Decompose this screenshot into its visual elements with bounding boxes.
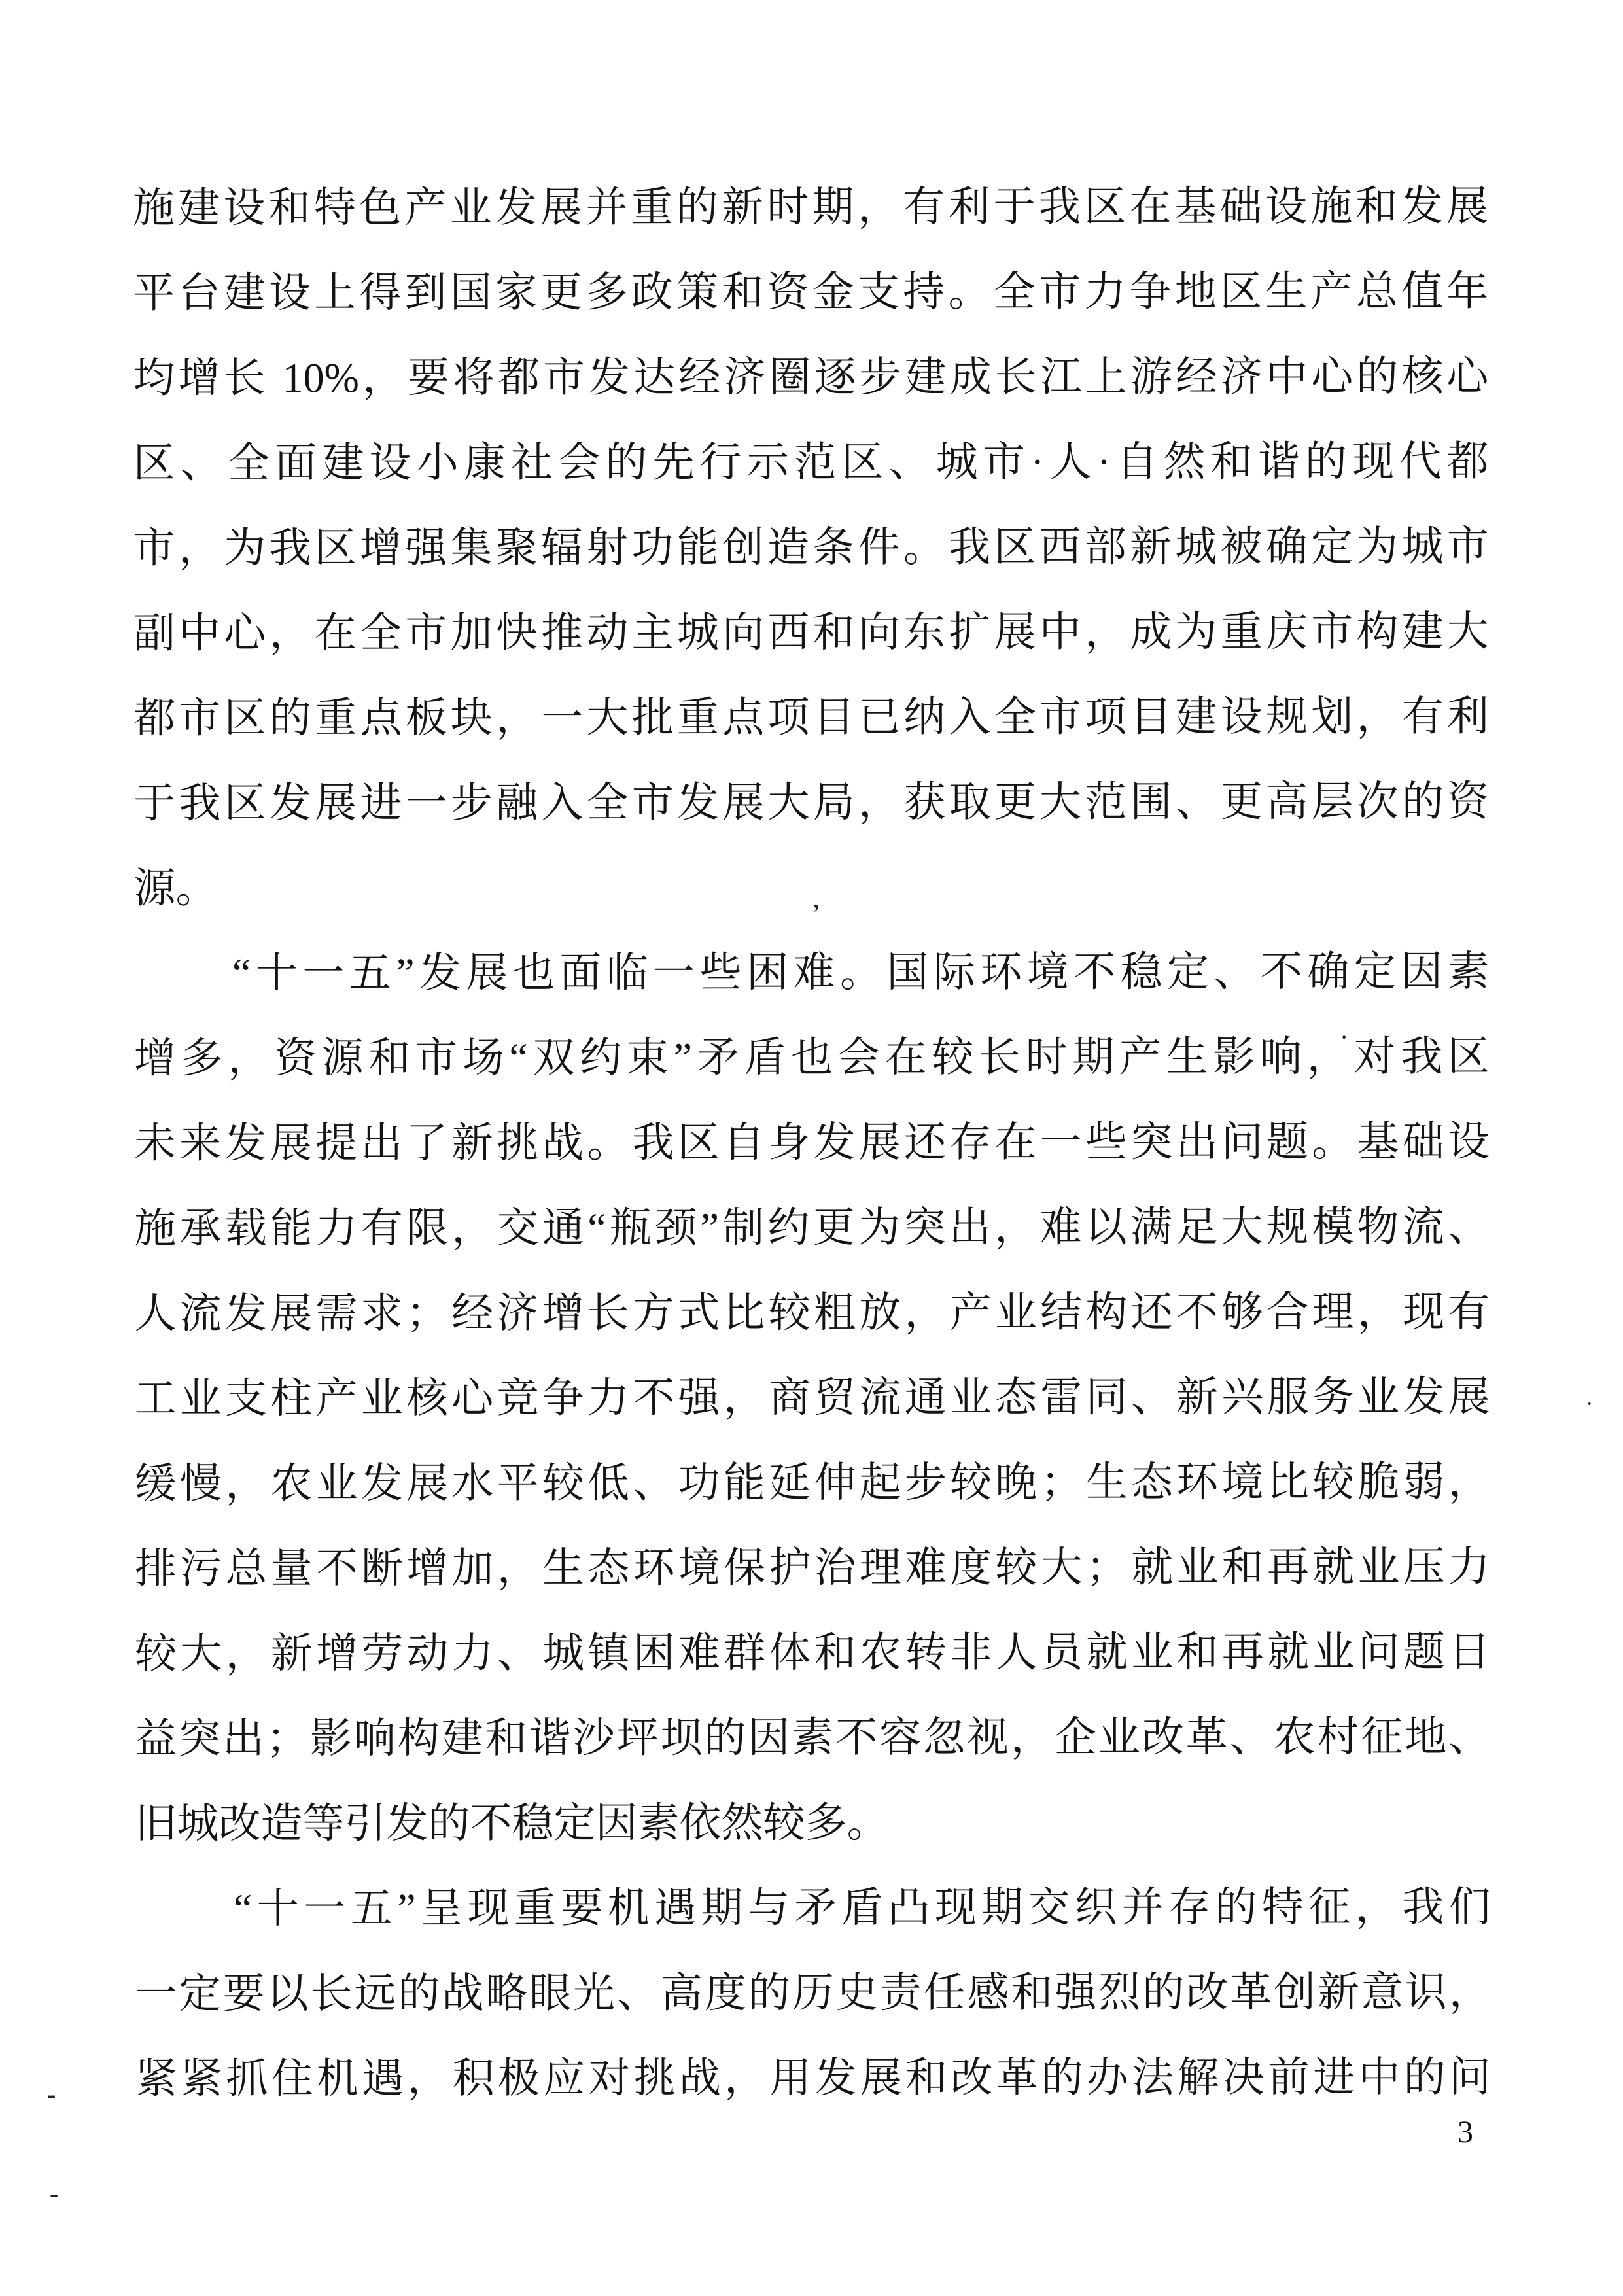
text-line-paragraph-start: “十一五”发展也面临一些困难。国际环境不稳定、不确定因素 <box>134 930 1490 1017</box>
text-line: 益突出；影响构建和谐沙坪坝的因素不容忽视，企业改革、农村征地、 <box>135 1695 1490 1782</box>
text-line: 较大，新增劳动力、城镇困难群体和农转非人员就业和再就业问题日 <box>135 1610 1490 1697</box>
text-line: 于我区发展进一步融入全市发展大局，获取更大范围、更高层次的资 <box>133 759 1489 846</box>
text-line: 施承载能力有限，交通“瓶颈”制约更为突出，难以满足大规模物流、 <box>134 1185 1490 1272</box>
page-number: 3 <box>1457 2114 1473 2150</box>
text-line: 平台建设上得到国家更多政策和资金支持。全市力争地区生产总值年 <box>133 249 1488 336</box>
text-line: 未来发展提出了新挑战。我区自身发展还存在一些突出问题。基础设 <box>134 1100 1490 1187</box>
text-line: 一定要以长远的战略眼光、高度的历史责任感和强烈的改革创新意识， <box>135 1950 1491 2037</box>
text-line: 紧紧抓住机遇，积极应对挑战，用发展和改革的办法解决前进中的问 <box>135 2035 1491 2122</box>
scan-artifact: ’ <box>811 897 821 931</box>
text-line: 工业支柱产业核心竞争力不强，商贸流通业态雷同、新兴服务业发展 <box>134 1355 1490 1442</box>
scan-artifact: - <box>47 2079 56 2110</box>
text-line: 施建设和特色产业发展并重的新时期，有利于我区在基础设施和发展 <box>133 164 1488 251</box>
text-line: 排污总量不断增加，生态环境保护治理难度较大；就业和再就业压力 <box>135 1525 1490 1612</box>
text-line: 缓慢，农业发展水平较低、功能延伸起步较晚；生态环境比较脆弱， <box>135 1440 1490 1527</box>
text-line: 都市区的重点板块，一大批重点项目已纳入全市项目建设规划，有利 <box>133 674 1489 761</box>
text-line: 市，为我区增强集聚辐射功能创造条件。我区西部新城被确定为城市 <box>133 504 1489 591</box>
text-line: 区、全面建设小康社会的先行示范区、城市·人·自然和谐的现代都 <box>133 419 1488 506</box>
text-line: 均增长 10%，要将都市发达经济圈逐步建成长江上游经济中心的核心 <box>133 334 1488 421</box>
document-page: 施建设和特色产业发展并重的新时期，有利于我区在基础设施和发展 平台建设上得到国家… <box>0 0 1623 2296</box>
scan-artifact: · <box>1586 1392 1593 1417</box>
text-line-paragraph-end: 旧城改造等引发的不稳定因素依然较多。 <box>135 1780 1490 1867</box>
text-line: 副中心，在全市加快推动主城向西和向东扩展中，成为重庆市构建大 <box>133 589 1489 676</box>
scan-artifact: · <box>1340 1022 1348 1052</box>
text-line: 人流发展需求；经济增长方式比较粗放，产业结构还不够合理，现有 <box>134 1270 1490 1357</box>
scan-artifact: - <box>50 2178 58 2209</box>
text-line: 增多，资源和市场“双约束”矛盾也会在较长时期产生影响，对我区 <box>134 1015 1490 1102</box>
text-line-paragraph-start: “十一五”呈现重要机遇期与矛盾凸现期交织并存的特征，我们 <box>135 1865 1491 1952</box>
document-body: 施建设和特色产业发展并重的新时期，有利于我区在基础设施和发展 平台建设上得到国家… <box>133 164 1491 2122</box>
